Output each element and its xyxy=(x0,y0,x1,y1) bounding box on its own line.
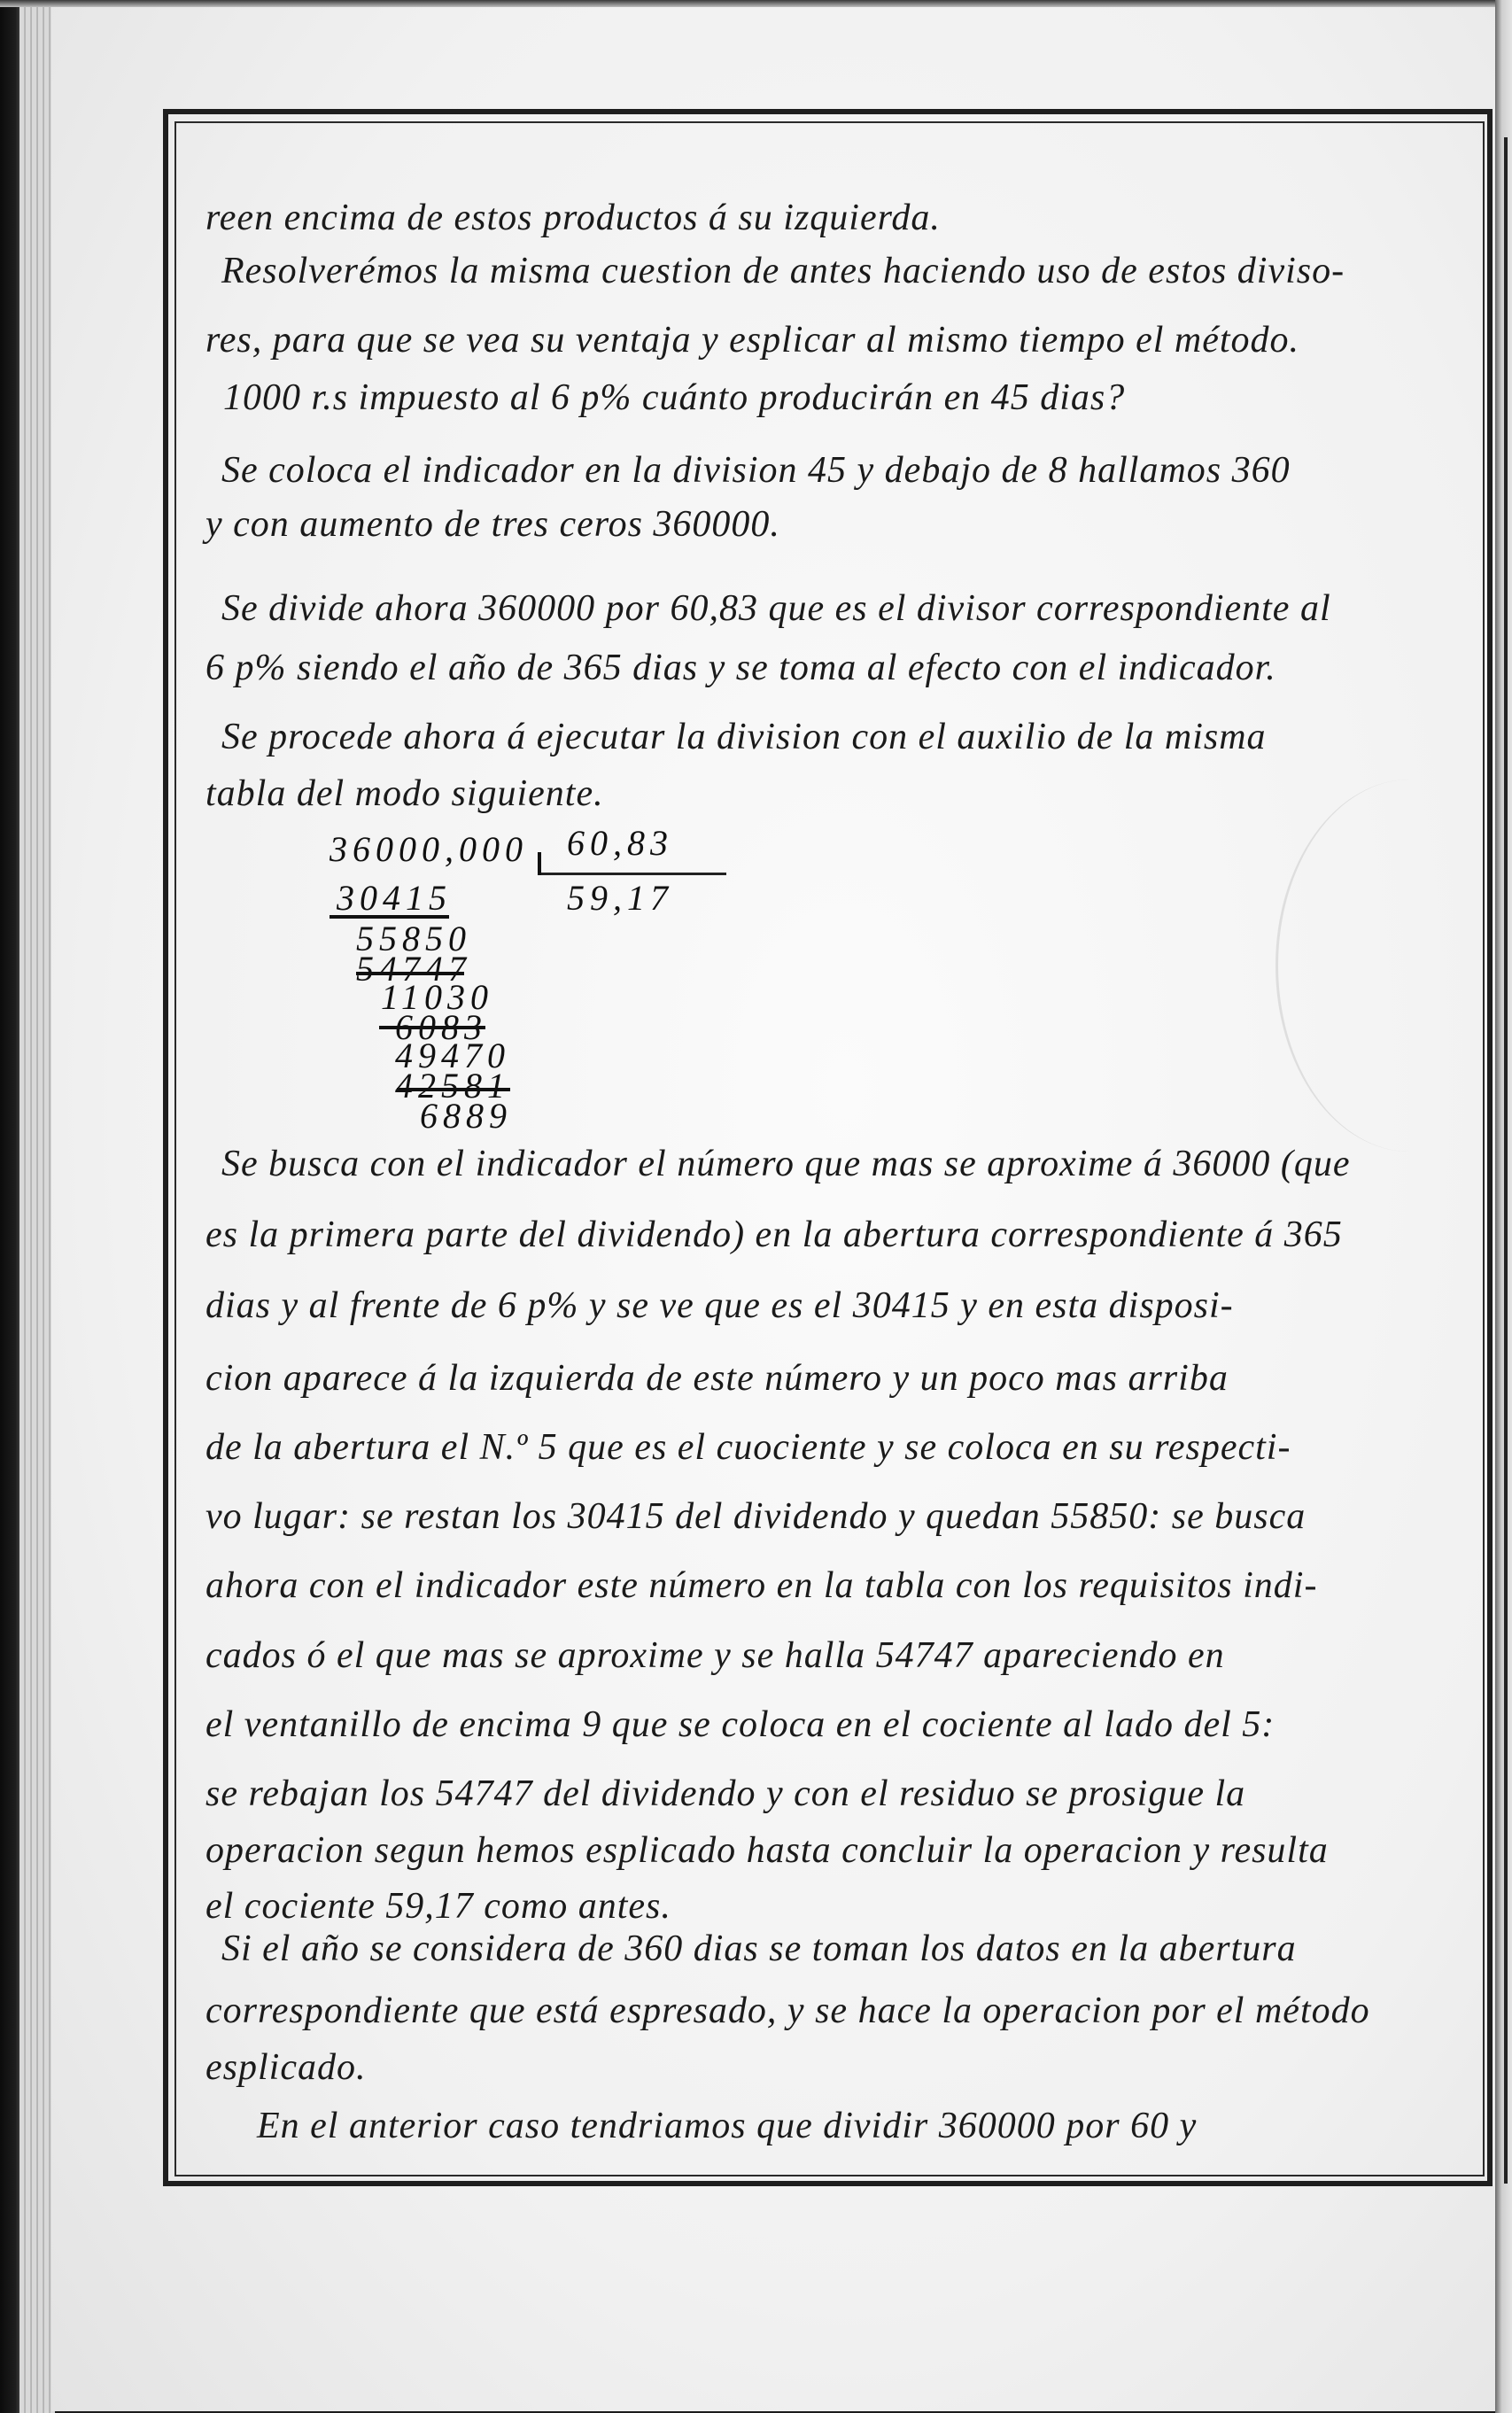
text-line: correspondiente que está espresado, y se… xyxy=(205,1990,1370,2032)
text-line: tabla del modo siguiente. xyxy=(205,772,604,815)
adjacent-page-frame xyxy=(1504,137,1512,2184)
text-line: En el anterior caso tendriamos que divid… xyxy=(257,2105,1197,2147)
division-rule xyxy=(397,1088,510,1091)
dividend: 36000,000 xyxy=(330,828,528,870)
text-line: de la abertura el N.º 5 que es el cuocie… xyxy=(205,1426,1291,1469)
text-line: cados ó el que mas se aproxime y se hall… xyxy=(205,1634,1225,1677)
division-bracket-line xyxy=(540,873,726,875)
divisor: 60,83 xyxy=(567,822,673,864)
text-line: Se procede ahora á ejecutar la division … xyxy=(221,716,1267,758)
text-line: vo lugar: se restan los 30415 del divide… xyxy=(205,1495,1306,1538)
division-bracket-tick xyxy=(538,852,541,875)
text-line: operacion segun hemos esplicado hasta co… xyxy=(205,1829,1329,1872)
division-rule xyxy=(379,1026,485,1029)
text-line: Se divide ahora 360000 por 60,83 que es … xyxy=(221,587,1331,630)
book-gutter xyxy=(0,0,19,2413)
text-line: y con aumento de tres ceros 360000. xyxy=(205,503,780,546)
text-line: dias y al frente de 6 p% y se ve que es … xyxy=(205,1284,1234,1327)
text-line: el ventanillo de encima 9 que se coloca … xyxy=(205,1703,1275,1746)
text-line: Se busca con el indicador el número que … xyxy=(221,1143,1350,1185)
text-line: Se coloca el indicador en la division 45… xyxy=(221,449,1291,492)
division-step: 6889 xyxy=(420,1095,512,1137)
text-line: Si el año se considera de 360 dias se to… xyxy=(221,1928,1297,1970)
text-line: 6 p% siendo el año de 365 dias y se toma… xyxy=(205,647,1276,689)
text-line: reen encima de estos productos á su izqu… xyxy=(205,197,941,239)
page-stack-edges xyxy=(19,0,55,2413)
text-line: esplicado. xyxy=(205,2046,366,2089)
text-line: el cociente 59,17 como antes. xyxy=(205,1885,671,1928)
text-line: 1000 r.s impuesto al 6 p% cuánto produci… xyxy=(223,376,1125,419)
division-step: 30415 xyxy=(337,877,452,919)
text-line: es la primera parte del dividendo) en la… xyxy=(205,1214,1343,1256)
text-line: Resolverémos la misma cuestion de antes … xyxy=(221,250,1345,292)
quotient: 59,17 xyxy=(567,877,673,919)
division-rule xyxy=(356,972,464,975)
text-line: ahora con el indicador este número en la… xyxy=(205,1564,1317,1607)
scan-top-edge xyxy=(0,0,1512,7)
text-line: se rebajan los 54747 del dividendo y con… xyxy=(205,1773,1245,1815)
text-line: res, para que se vea su ventaja y esplic… xyxy=(205,319,1299,361)
text-line: cion aparece á la izquierda de este núme… xyxy=(205,1357,1229,1400)
